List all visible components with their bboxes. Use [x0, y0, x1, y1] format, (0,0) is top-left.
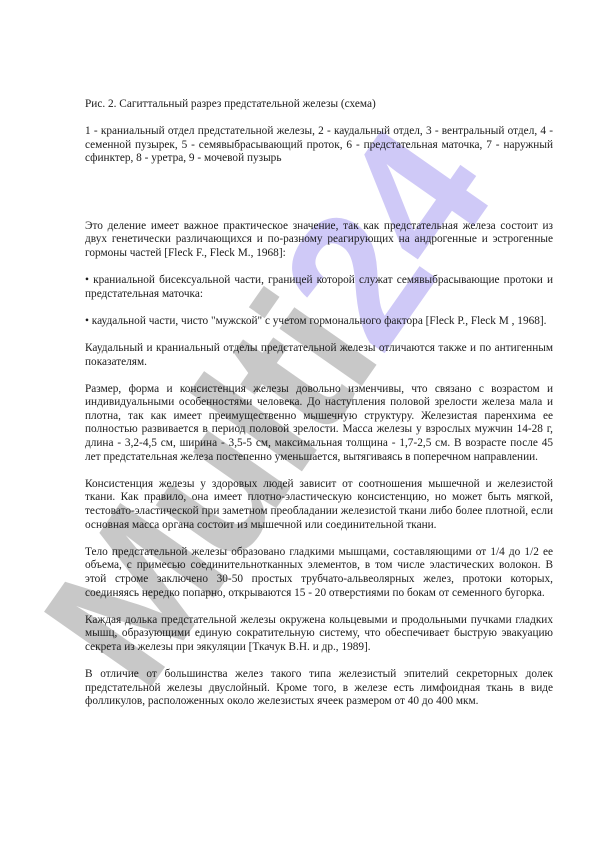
figure-spacer [85, 180, 553, 220]
paragraph: Каудальный и краниальный отделы предстат… [85, 342, 553, 369]
paragraph: Это деление имеет важное практическое зн… [85, 220, 553, 261]
figure-caption: Рис. 2. Сагиттальный разрез предстательн… [85, 98, 553, 112]
paragraph: Каждая долька предстательной железы окру… [85, 614, 553, 655]
paragraph: Тело предстательной железы образовано гл… [85, 546, 553, 600]
document-page: Multi24 Рис. 2. Сагиттальный разрез пред… [0, 0, 595, 842]
paragraph: Консистенция железы у здоровых людей зав… [85, 478, 553, 532]
paragraph: Размер, форма и консистенция железы дово… [85, 383, 553, 465]
bullet-item: • каудальной части, чисто "мужской" с уч… [85, 315, 553, 329]
paragraph: В отличие от большинства желез такого ти… [85, 668, 553, 709]
bullet-item: • краниальной бисексуальной части, грани… [85, 274, 553, 301]
document-body: Рис. 2. Сагиттальный разрез предстательн… [85, 98, 553, 723]
figure-legend: 1 - краниальный отдел предстательной жел… [85, 125, 553, 166]
